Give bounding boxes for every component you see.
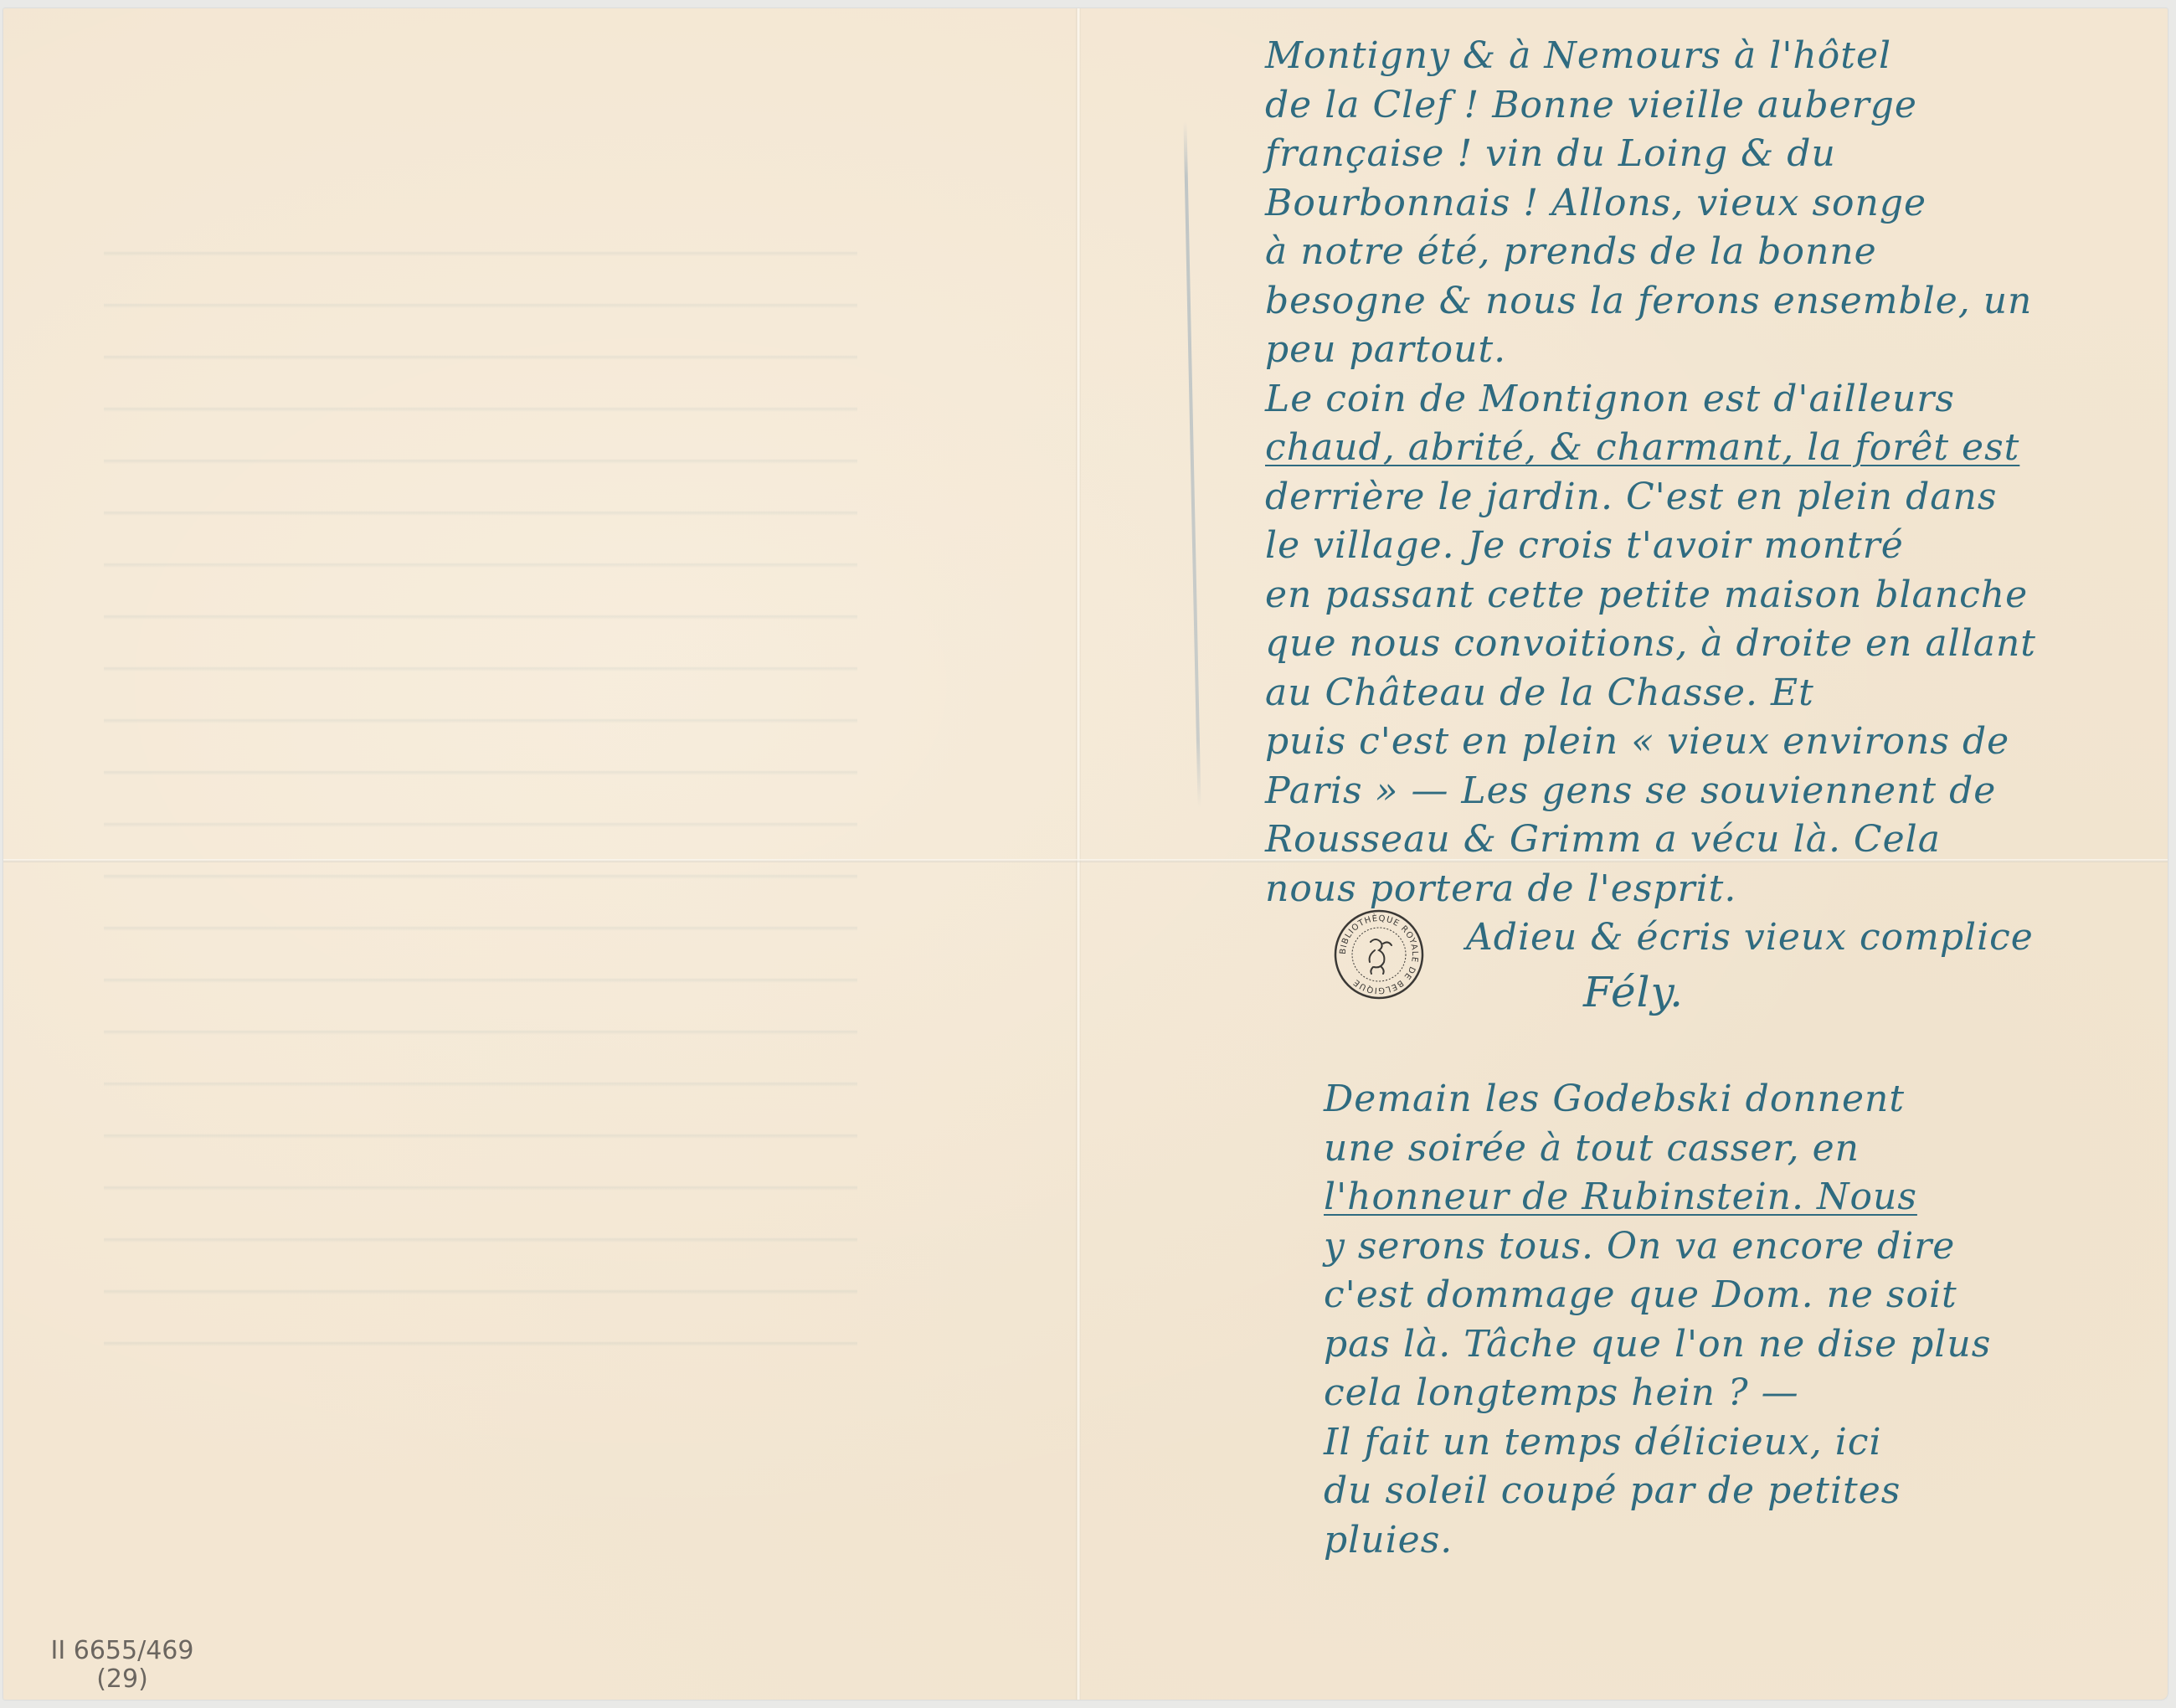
archive-reference: II 6655/469 (29) <box>22 1637 223 1694</box>
svg-text:BIBLIOTHÈQUE ROYALE DE BELGIQU: BIBLIOTHÈQUE ROYALE DE BELGIQUE <box>1339 913 1419 995</box>
letter-line: française ! vin du Loing & du <box>1265 130 2144 179</box>
letter-line: chaud, abrité, & charmant, la forêt est <box>1265 424 2144 473</box>
postscript-line: c'est dommage que Dom. ne soit <box>1265 1271 2144 1320</box>
right-page: Montigny & à Nemours à l'hôtel de la Cle… <box>1081 8 2168 1700</box>
letter-line: Rousseau & Grimm a vécu là. Cela <box>1265 815 2144 865</box>
letter-text: Montigny & à Nemours à l'hôtel de la Cle… <box>1265 32 2144 1565</box>
letter-line: puis c'est en plein « vieux environs de <box>1265 718 2144 767</box>
letter-line: derrière le jardin. C'est en plein dans <box>1265 473 2144 522</box>
letter-line: au Château de la Chasse. Et <box>1265 669 2144 718</box>
library-stamp: BIBLIOTHÈQUE ROYALE DE BELGIQUE <box>1333 908 1425 1001</box>
postscript-line: pas là. Tâche que l'on ne dise plus <box>1265 1320 2144 1370</box>
library-seal-icon: BIBLIOTHÈQUE ROYALE DE BELGIQUE <box>1333 908 1425 1001</box>
postscript-line: pluies. <box>1265 1516 2144 1566</box>
lion-rampant-icon <box>1370 939 1392 974</box>
left-page: II 6655/469 (29) <box>3 8 1076 1700</box>
postscript-line: Il fait un temps délicieux, ici <box>1265 1418 2144 1468</box>
archive-reference-item: (29) <box>22 1665 223 1694</box>
postscript-line: y serons tous. On va encore dire <box>1265 1222 2144 1272</box>
postscript-line: l'honneur de Rubinstein. Nous <box>1265 1173 2144 1222</box>
letter-line: Bourbonnais ! Allons, vieux songe <box>1265 179 2144 229</box>
letter-line: de la Clef ! Bonne vieille auberge <box>1265 81 2144 131</box>
letter-line: que nous convoitions, à droite en allant <box>1265 620 2144 669</box>
letter-line: à notre été, prends de la bonne <box>1265 228 2144 277</box>
letter-sheet: II 6655/469 (29) Montigny & à Nemours à … <box>3 8 2168 1700</box>
archive-reference-number: II 6655/469 <box>22 1637 223 1665</box>
postscript-line: une soirée à tout casser, en <box>1265 1124 2144 1174</box>
letter-line: nous portera de l'esprit. <box>1265 865 2144 914</box>
letter-line: besogne & nous la ferons ensemble, un <box>1265 277 2144 327</box>
postscript-line: Demain les Godebski donnent <box>1265 1075 2144 1124</box>
letter-line: Paris » — Les gens se souviennent de <box>1265 767 2144 816</box>
postscript-line: du soleil coupé par de petites <box>1265 1467 2144 1516</box>
letter-line: le village. Je crois t'avoir montré <box>1265 522 2144 571</box>
letter-line: Le coin de Montignon est d'ailleurs <box>1265 375 2144 424</box>
postscript-line: cela longtemps hein ? — <box>1265 1369 2144 1418</box>
ink-bleed-through <box>104 218 857 1390</box>
letter-line: peu partout. <box>1265 326 2144 375</box>
letter-line: Montigny & à Nemours à l'hôtel <box>1265 32 2144 81</box>
letter-line: en passant cette petite maison blanche <box>1265 571 2144 620</box>
